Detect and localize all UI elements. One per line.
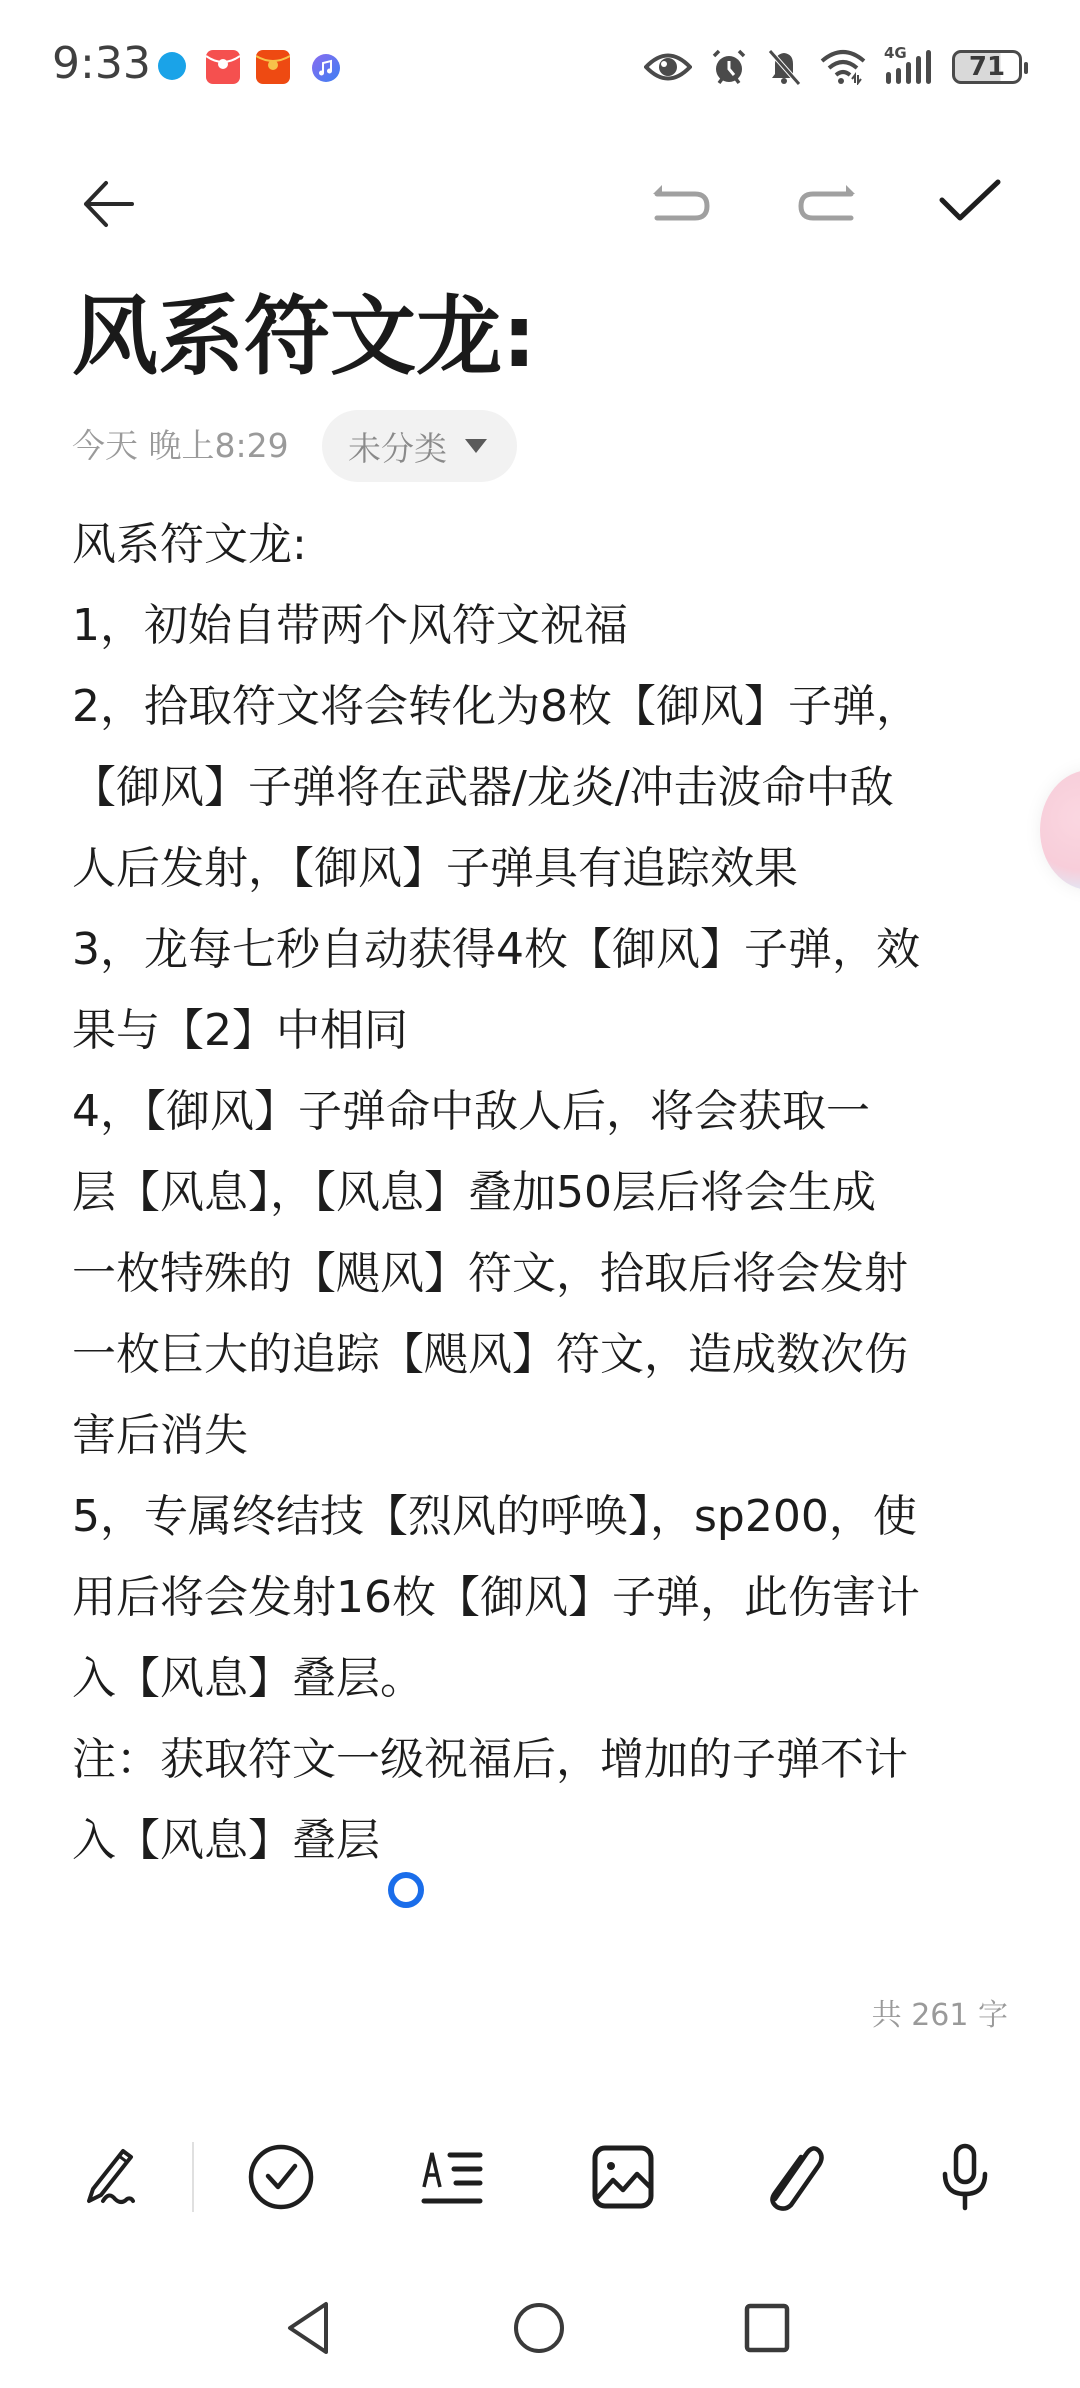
signal-4g-icon: 4G <box>884 48 934 86</box>
body-line: 一枚特殊的【飓风】符文，拾取后将会发射 <box>72 1233 1012 1314</box>
image-icon <box>591 2144 655 2210</box>
body-line: 4，【御风】子弹命中敌人后，将会获取一 <box>72 1071 1012 1152</box>
battery-percent: 71 <box>969 52 1005 82</box>
floating-app-bubble[interactable] <box>1040 770 1080 890</box>
undo-button[interactable] <box>642 164 722 244</box>
nav-back-icon <box>284 2300 334 2356</box>
mute-icon <box>766 48 802 86</box>
note-body-editor[interactable]: 风系符文龙: 1，初始自带两个风符文祝福 2，拾取符文将会转化为8枚【御风】子弹… <box>72 504 1012 1881</box>
body-line: 层【风息】，【风息】叠加50层后将会生成 <box>72 1152 1012 1233</box>
body-line: 【御风】子弹将在武器/龙炎/冲击波命中敌 <box>72 747 1012 828</box>
checklist-icon <box>246 2142 316 2212</box>
body-line: 风系符文龙: <box>72 504 1012 585</box>
handwriting-icon <box>79 2145 143 2209</box>
system-icons: 4G 71 <box>644 42 1022 92</box>
red-envelope-icon <box>206 50 240 84</box>
eye-comfort-icon <box>644 50 692 84</box>
browser-icon <box>158 52 186 80</box>
microphone-icon <box>937 2142 993 2212</box>
note-timestamp: 今天 晚上8:29 <box>72 424 289 468</box>
red-packet-icon <box>256 50 290 84</box>
music-icon <box>312 54 340 82</box>
category-dropdown[interactable]: 未分类 <box>322 410 517 482</box>
text-format-icon <box>420 2147 486 2207</box>
insert-image-button[interactable] <box>578 2132 668 2222</box>
nav-home-button[interactable] <box>494 2286 584 2370</box>
body-line: 果与【2】中相同 <box>72 990 1012 1071</box>
body-line: 人后发射，【御风】子弹具有追踪效果 <box>72 828 1012 909</box>
body-line: 注：获取符文一级祝福后，增加的子弹不计 <box>72 1719 1012 1800</box>
category-label: 未分类 <box>348 423 447 470</box>
body-line: 2，拾取符文将会转化为8枚【御风】子弹， <box>72 666 1012 747</box>
attachment-icon <box>761 2143 825 2211</box>
battery-indicator: 71 <box>952 50 1022 84</box>
undo-icon <box>649 180 715 228</box>
dropdown-arrow-icon <box>465 439 487 453</box>
back-arrow-icon <box>76 172 140 236</box>
redo-icon <box>793 180 859 228</box>
note-title[interactable]: 风系符文龙: <box>72 282 536 392</box>
nav-recents-icon <box>742 2302 792 2354</box>
voice-input-button[interactable] <box>920 2132 1010 2222</box>
status-time: 9:33 <box>52 38 151 89</box>
nav-home-icon <box>511 2300 567 2356</box>
body-line: 害后消失 <box>72 1395 1012 1476</box>
status-bar: 9:33 4G 71 <box>0 0 1080 130</box>
body-line: 用后将会发射16枚【御风】子弹，此伤害计 <box>72 1557 1012 1638</box>
body-line: 一枚巨大的追踪【飓风】符文，造成数次伤 <box>72 1314 1012 1395</box>
body-line: 3，龙每七秒自动获得4枚【御风】子弹，效 <box>72 909 1012 990</box>
back-button[interactable] <box>68 164 148 244</box>
text-cursor-handle[interactable] <box>388 1872 424 1908</box>
text-format-button[interactable] <box>408 2132 498 2222</box>
checklist-button[interactable] <box>236 2132 326 2222</box>
body-line: 5，专属终结技【烈风的呼唤】，sp200，使 <box>72 1476 1012 1557</box>
body-line: 入【风息】叠层 <box>72 1800 1012 1881</box>
handwriting-button[interactable] <box>66 2132 156 2222</box>
check-icon <box>938 178 1002 230</box>
redo-button[interactable] <box>786 164 866 244</box>
wifi-icon <box>820 49 866 85</box>
character-count: 共 261 字 <box>872 1990 1008 2034</box>
nav-back-button[interactable] <box>264 2286 354 2370</box>
attachment-button[interactable] <box>748 2132 838 2222</box>
toolbar-divider <box>192 2142 194 2212</box>
alarm-icon <box>710 48 748 86</box>
body-line: 入【风息】叠层。 <box>72 1638 1012 1719</box>
nav-recents-button[interactable] <box>722 2286 812 2370</box>
save-button[interactable] <box>930 164 1010 244</box>
body-line: 1，初始自带两个风符文祝福 <box>72 585 1012 666</box>
